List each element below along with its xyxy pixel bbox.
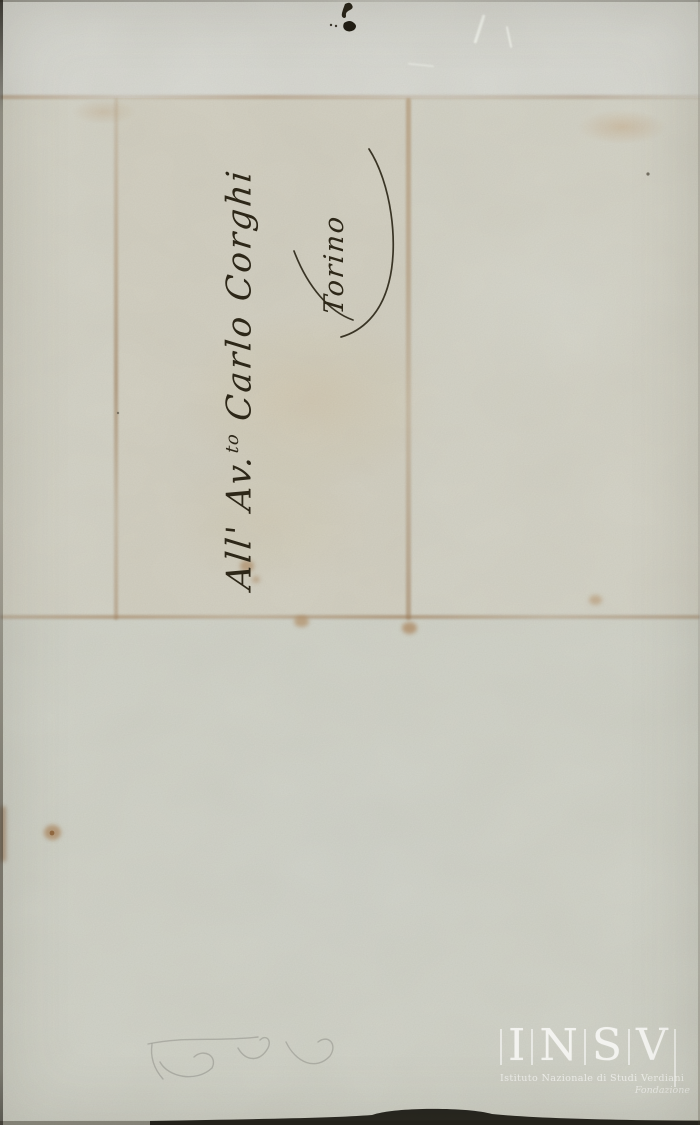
scanned-manuscript-page: All' Av.to Carlo Corghi Torino bbox=[0, 0, 700, 1125]
scan-edge-left bbox=[0, 0, 3, 1125]
scan-vignette bbox=[0, 0, 700, 1125]
scan-edge-top bbox=[0, 0, 700, 2]
